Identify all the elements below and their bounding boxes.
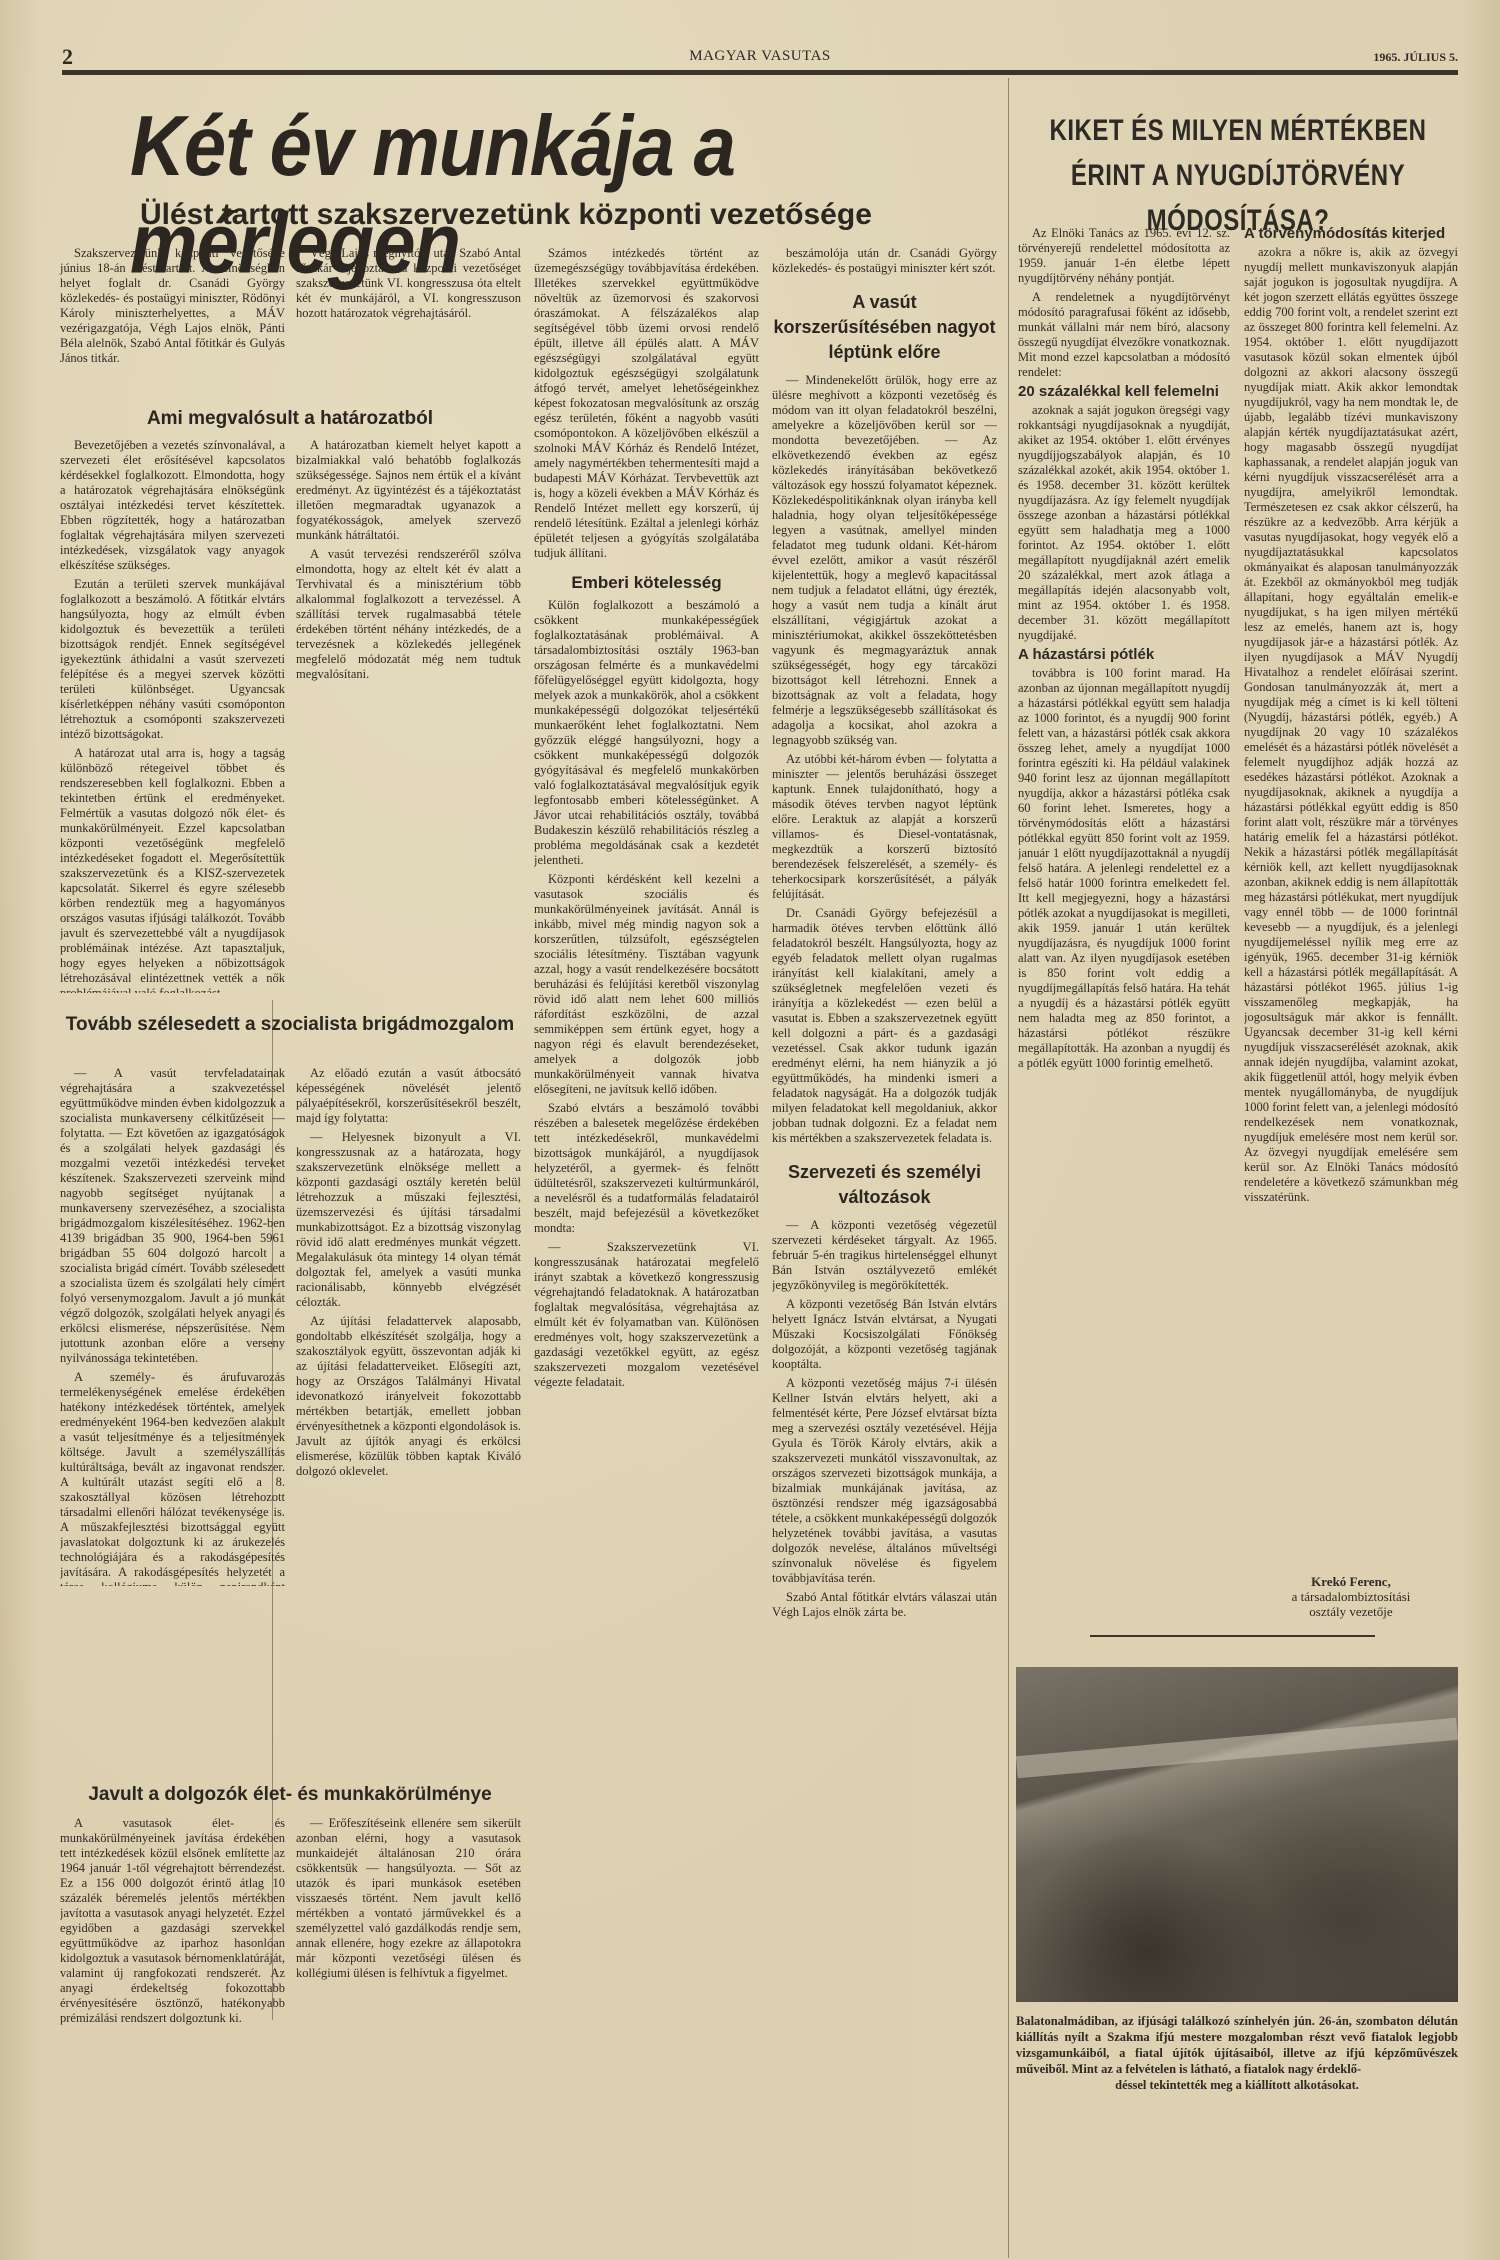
paragraph: azoknak a saját jogukon öregségi vagy ro…	[1018, 403, 1230, 643]
paragraph: azokra a nőkre is, akik az özvegyi nyugd…	[1244, 245, 1458, 1205]
author-name: Krekó Ferenc,	[1244, 1574, 1458, 1589]
paragraph: — Helyesnek bizonyult a VI. kongresszusn…	[296, 1130, 521, 1310]
paragraph: Dr. Csanádi György befejezésül a harmadi…	[772, 906, 997, 1146]
caption-text-end: déssel tekintették meg a kiállított alko…	[1016, 2077, 1458, 2093]
paragraph: — Mindenekelőtt örülök, hogy erre az ülé…	[772, 373, 997, 748]
section-heading: Javult a dolgozók élet- és munkakörülmén…	[60, 1784, 520, 1806]
paragraph: A személy- és árufuvarozás termelékenysé…	[60, 1370, 285, 1586]
paragraph: A vasutasok élet- és munkakörülményeinek…	[60, 1816, 285, 2026]
paragraph: Bevezetőjében a vezetés színvonalával, a…	[60, 438, 285, 573]
middle-column-1: Számos intézkedés történt az üzemegészsé…	[534, 246, 759, 2056]
photo-caption: Balatonalmádiban, az ifjúsági találkozó …	[1016, 2013, 1458, 2093]
paragraph: Központi kérdésként kell kezelni a vasut…	[534, 872, 759, 1097]
issue-date: 1965. JÚLIUS 5.	[1373, 50, 1458, 65]
paragraph: — A vasút tervfeladatainak végrehajtásár…	[60, 1066, 285, 1366]
subsection-heading: A törvénymódosítás kiterjed	[1244, 226, 1458, 241]
paragraph: beszámolója után dr. Csanádi György közl…	[772, 246, 997, 276]
paragraph: A központi vezetőség május 7-i ülésén Ke…	[772, 1376, 997, 1586]
section-2-column-2: Az előadó ezután a vasút átbocsátó képes…	[296, 1066, 521, 1586]
section-heading: A vasút korszerűsítésében nagyot léptünk…	[772, 290, 997, 365]
signature-block: Krekó Ferenc, a társadalombiztosítási os…	[1244, 1566, 1458, 1619]
paragraph: Szabó elvtárs a beszámoló további részéb…	[534, 1101, 759, 1236]
photo-detail	[1016, 1718, 1458, 1778]
intro-paragraph: Szakszervezetünk központi vezetősége jún…	[60, 246, 285, 366]
section-2-column-1: — A vasút tervfeladatainak végrehajtásár…	[60, 1066, 285, 1586]
author-title: osztály vezetője	[1244, 1604, 1458, 1619]
paragraph: Számos intézkedés történt az üzemegészsé…	[534, 246, 759, 561]
paragraph: — A központi vezetőség végezetül szervez…	[772, 1218, 997, 1293]
paragraph: Az utóbbi két-három évben — folytatta a …	[772, 752, 997, 902]
paragraph: A vasút tervezési rendszeréről szólva el…	[296, 547, 521, 682]
caption-text: Balatonalmádiban, az ifjúsági találkozó …	[1016, 2014, 1458, 2076]
section-heading-text: Tovább szélesedett a szocialista brigádm…	[66, 1014, 514, 1035]
section-3-column-2: — Erőfeszítéseink ellenére sem sikerült …	[296, 1816, 521, 2056]
section-heading: Emberi kötelesség	[534, 575, 759, 590]
author-title: a társadalombiztosítási	[1244, 1589, 1458, 1604]
section-3-column-1: A vasutasok élet- és munkakörülményeinek…	[60, 1816, 285, 2056]
masthead: 2 MAGYAR VASUTAS 1965. JÚLIUS 5.	[62, 44, 1458, 68]
paragraph: A rendeletnek a nyugdíjtörvényt módosító…	[1018, 290, 1230, 380]
paragraph: Az újítási feladattervek alaposabb, gond…	[296, 1314, 521, 1479]
intro-paragraph: Végh Lajos megnyitója után Szabó Antal f…	[296, 246, 521, 321]
paragraph: — Szakszervezetünk VI. kongresszusának h…	[534, 1240, 759, 1390]
news-photo	[1016, 1667, 1458, 2002]
paragraph: továbbra is 100 forint marad. Ha azonban…	[1018, 666, 1230, 1071]
side-column-1: Az Elnöki Tanács az 1965. évi 12. sz. tö…	[1018, 226, 1230, 1626]
paragraph: — Erőfeszítéseink ellenére sem sikerült …	[296, 1816, 521, 1981]
main-subheadline: Ülést tartott szakszervezetünk központi …	[140, 198, 940, 232]
middle-column-2: beszámolója után dr. Csanádi György közl…	[772, 246, 997, 2056]
paragraph: Külön foglalkozott a beszámoló a csökken…	[534, 598, 759, 868]
masthead-rule	[62, 70, 1458, 75]
intro-column-2: Végh Lajos megnyitója után Szabó Antal f…	[296, 246, 521, 325]
column-divider	[1008, 78, 1009, 2258]
paragraph: Szabó Antal főtitkár elvtárs válaszai ut…	[772, 1590, 997, 1620]
paragraph: Az előadó ezután a vasút átbocsátó képes…	[296, 1066, 521, 1126]
paragraph: Az Elnöki Tanács az 1965. évi 12. sz. tö…	[1018, 226, 1230, 286]
subsection-heading: A házastársi pótlék	[1018, 647, 1230, 662]
side-column-2: A törvénymódosítás kiterjed azokra a nők…	[1244, 226, 1458, 1566]
paragraph: A központi vezetőség Bán István elvtárs …	[772, 1297, 997, 1372]
section-heading: Tovább szélesedett a szocialista brigádm…	[60, 1012, 520, 1037]
paragraph: A határozatban kiemelt helyet kapott a b…	[296, 438, 521, 543]
section-1-column-1: Bevezetőjében a vezetés színvonalával, a…	[60, 438, 285, 993]
side-article-headline: KIKET ÉS MILYEN MÉRTÉKBEN ÉRINT A NYUGDÍ…	[1018, 109, 1458, 244]
section-heading: Szervezeti és személyi változások	[772, 1160, 997, 1210]
paper-name: MAGYAR VASUTAS	[62, 48, 1458, 65]
section-1-column-2: A határozatban kiemelt helyet kapott a b…	[296, 438, 521, 993]
separator-rule	[1090, 1635, 1375, 1637]
paragraph: Ezután a területi szervek munkájával fog…	[60, 577, 285, 742]
section-heading: Ami megvalósult a határozatból	[60, 408, 520, 430]
intro-column-1: Szakszervezetünk központi vezetősége jún…	[60, 246, 285, 370]
paragraph: A határozat utal arra is, hogy a tagság …	[60, 746, 285, 993]
subsection-heading: 20 százalékkal kell felemelni	[1018, 384, 1230, 399]
